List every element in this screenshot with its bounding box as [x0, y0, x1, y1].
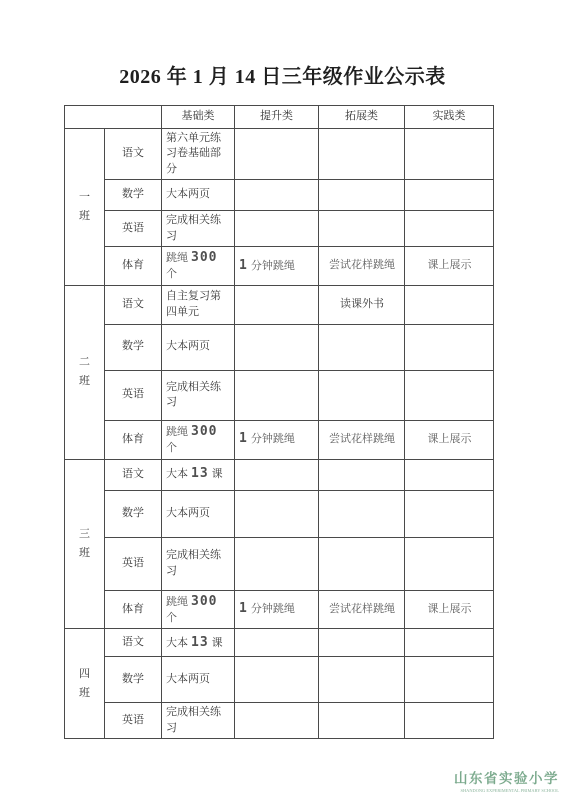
homework-cell-practice	[405, 129, 494, 180]
homework-text: 跳绳	[166, 252, 188, 264]
table-row: 英语 完成相关练习	[65, 703, 494, 739]
homework-cell-extend: 尝试花样跳绳	[319, 246, 405, 285]
homework-text: 分钟跳绳	[251, 603, 295, 615]
homework-cell-basic: 完成相关练习	[162, 703, 235, 739]
table-row: 一班 语文 第六单元练习卷基础部分	[65, 129, 494, 180]
homework-cell-basic: 第六单元练习卷基础部分	[162, 129, 235, 180]
homework-cell-practice	[405, 629, 494, 657]
subject-cell: 体育	[105, 246, 162, 285]
homework-cell-improve	[235, 703, 319, 739]
subject-cell: 数学	[105, 490, 162, 537]
homework-cell-improve	[235, 370, 319, 420]
homework-cell-basic: 完成相关练习	[162, 211, 235, 247]
class-name: 四班	[79, 665, 90, 702]
homework-cell-basic: 大本两页	[162, 657, 235, 703]
homework-cell-basic: 大本两页	[162, 180, 235, 211]
column-header-basic: 基础类	[162, 106, 235, 129]
homework-cell-practice	[405, 703, 494, 739]
handwritten-number: 300	[191, 250, 217, 265]
subject-cell: 数学	[105, 324, 162, 370]
homework-cell-practice	[405, 459, 494, 490]
subject-cell: 体育	[105, 420, 162, 459]
homework-cell-practice	[405, 657, 494, 703]
homework-text: 课	[212, 468, 223, 480]
homework-cell-basic: 跳绳300个	[162, 420, 235, 459]
homework-text: 分钟跳绳	[251, 260, 295, 272]
subject-cell: 英语	[105, 370, 162, 420]
homework-cell-practice	[405, 370, 494, 420]
watermark-english-name: SHANDONG EXPERIMENTAL PRIMARY SCHOOL	[461, 788, 559, 793]
handwritten-number: 13	[191, 635, 209, 650]
homework-cell-improve	[235, 285, 319, 324]
table-row: 体育 跳绳300个 1分钟跳绳 尝试花样跳绳 课上展示	[65, 590, 494, 629]
handwritten-number: 1	[239, 601, 248, 616]
handwritten-number: 300	[191, 594, 217, 609]
handwritten-number: 13	[191, 466, 209, 481]
subject-cell: 数学	[105, 180, 162, 211]
class-label-cell: 四班	[65, 629, 105, 739]
table-row: 英语 完成相关练习	[65, 211, 494, 247]
homework-text: 课	[212, 637, 223, 649]
column-header-practice: 实践类	[405, 106, 494, 129]
homework-cell-improve	[235, 180, 319, 211]
table-row: 三班 语文 大本13课	[65, 459, 494, 490]
homework-cell-practice: 课上展示	[405, 420, 494, 459]
class-name: 二班	[79, 353, 90, 390]
homework-cell-practice: 课上展示	[405, 590, 494, 629]
homework-cell-extend: 尝试花样跳绳	[319, 590, 405, 629]
table-row: 数学 大本两页	[65, 180, 494, 211]
homework-cell-extend	[319, 537, 405, 590]
homework-cell-improve	[235, 211, 319, 247]
school-watermark: 山东省实验小学 SHANDONG EXPERIMENTAL PRIMARY SC…	[380, 767, 559, 795]
homework-cell-improve	[235, 657, 319, 703]
homework-cell-practice	[405, 490, 494, 537]
homework-cell-extend	[319, 629, 405, 657]
homework-cell-improve	[235, 129, 319, 180]
homework-cell-improve: 1分钟跳绳	[235, 590, 319, 629]
homework-cell-practice	[405, 537, 494, 590]
homework-cell-basic: 完成相关练习	[162, 537, 235, 590]
homework-cell-basic: 跳绳300个	[162, 590, 235, 629]
homework-cell-improve: 1分钟跳绳	[235, 246, 319, 285]
corner-cell	[65, 106, 162, 129]
subject-cell: 语文	[105, 285, 162, 324]
homework-cell-extend: 读课外书	[319, 285, 405, 324]
subject-cell: 英语	[105, 703, 162, 739]
homework-cell-extend	[319, 211, 405, 247]
table-row: 数学 大本两页	[65, 657, 494, 703]
watermark-chinese-name: 山东省实验小学	[380, 767, 559, 787]
subject-cell: 语文	[105, 459, 162, 490]
homework-cell-basic: 大本13课	[162, 459, 235, 490]
subject-cell: 数学	[105, 657, 162, 703]
homework-text: 大本	[166, 468, 188, 480]
column-header-improve: 提升类	[235, 106, 319, 129]
homework-cell-extend	[319, 459, 405, 490]
handwritten-number: 1	[239, 431, 248, 446]
subject-cell: 体育	[105, 590, 162, 629]
homework-cell-extend	[319, 657, 405, 703]
table-row: 数学 大本两页	[65, 490, 494, 537]
table-row: 二班 语文 自主复习第四单元 读课外书	[65, 285, 494, 324]
homework-text: 跳绳	[166, 426, 188, 438]
homework-cell-improve	[235, 459, 319, 490]
homework-cell-basic: 大本两页	[162, 490, 235, 537]
column-header-extend: 拓展类	[319, 106, 405, 129]
homework-cell-extend	[319, 370, 405, 420]
homework-text: 分钟跳绳	[251, 433, 295, 445]
class-label-cell: 二班	[65, 285, 105, 459]
table-row: 体育 跳绳300个 1分钟跳绳 尝试花样跳绳 课上展示	[65, 246, 494, 285]
homework-cell-practice	[405, 211, 494, 247]
homework-text: 大本	[166, 637, 188, 649]
page-title: 2026 年 1 月 14 日三年级作业公示表	[0, 60, 565, 89]
class-label-cell: 一班	[65, 129, 105, 286]
subject-cell: 语文	[105, 629, 162, 657]
class-name: 三班	[79, 525, 90, 562]
header-row: 基础类 提升类 拓展类 实践类	[65, 106, 494, 129]
table-row: 四班 语文 大本13课	[65, 629, 494, 657]
handwritten-number: 300	[191, 424, 217, 439]
homework-text: 跳绳	[166, 596, 188, 608]
table-row: 数学 大本两页	[65, 324, 494, 370]
homework-cell-basic: 大本13课	[162, 629, 235, 657]
homework-table: 基础类 提升类 拓展类 实践类 一班 语文 第六单元练习卷基础部分 数学 大本两…	[64, 105, 494, 739]
homework-cell-basic: 大本两页	[162, 324, 235, 370]
subject-cell: 语文	[105, 129, 162, 180]
homework-text: 个	[166, 612, 177, 624]
table-row: 英语 完成相关练习	[65, 370, 494, 420]
homework-cell-basic: 完成相关练习	[162, 370, 235, 420]
homework-cell-extend	[319, 129, 405, 180]
table-row: 体育 跳绳300个 1分钟跳绳 尝试花样跳绳 课上展示	[65, 420, 494, 459]
homework-text: 个	[166, 442, 177, 454]
class-name: 一班	[79, 188, 90, 225]
homework-cell-extend	[319, 324, 405, 370]
homework-cell-improve: 1分钟跳绳	[235, 420, 319, 459]
homework-cell-improve	[235, 324, 319, 370]
table-row: 英语 完成相关练习	[65, 537, 494, 590]
homework-cell-practice	[405, 285, 494, 324]
homework-cell-practice	[405, 180, 494, 211]
handwritten-number: 1	[239, 258, 248, 273]
homework-cell-improve	[235, 629, 319, 657]
homework-cell-basic: 自主复习第四单元	[162, 285, 235, 324]
homework-cell-extend	[319, 703, 405, 739]
homework-cell-basic: 跳绳300个	[162, 246, 235, 285]
homework-cell-practice	[405, 324, 494, 370]
homework-cell-improve	[235, 537, 319, 590]
homework-cell-extend	[319, 180, 405, 211]
subject-cell: 英语	[105, 211, 162, 247]
homework-text: 个	[166, 268, 177, 280]
homework-cell-extend	[319, 490, 405, 537]
subject-cell: 英语	[105, 537, 162, 590]
class-label-cell: 三班	[65, 459, 105, 629]
homework-cell-extend: 尝试花样跳绳	[319, 420, 405, 459]
homework-cell-practice: 课上展示	[405, 246, 494, 285]
homework-cell-improve	[235, 490, 319, 537]
